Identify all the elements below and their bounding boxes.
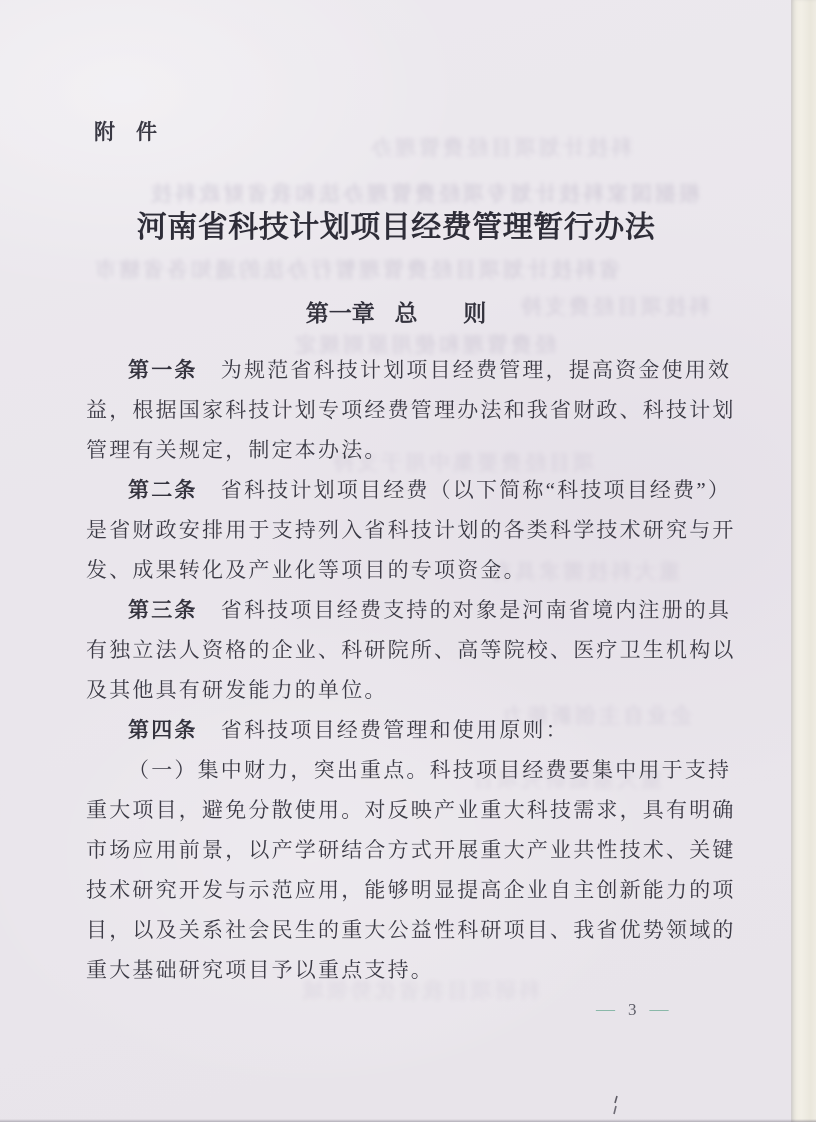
body-line-text: 益，根据国家科技计划专项经费管理办法和我省财政、科技计划 (86, 398, 736, 422)
page-number-dash: — (650, 999, 669, 1021)
body-line-text: 发、成果转化及产业化等项目的专项资金。 (86, 558, 527, 582)
ink-scratch-mark (611, 1095, 620, 1120)
body-line: 第四条 省科技项目经费管理和使用原则： (86, 710, 742, 750)
body-line-text: 技术研究开发与示范应用，能够明显提高企业自主创新能力的项 (86, 878, 736, 902)
chapter-title-char: 总 (395, 301, 418, 326)
body-line-text: （一）集中财力，突出重点。科技项目经费要集中用于支持 (128, 758, 731, 782)
body-line-text: 是省财政安排用于支持列入省科技计划的各类科学技术研究与开 (86, 518, 736, 542)
body-line-text: 重大基础研究项目予以重点支持。 (86, 958, 434, 982)
body-line: 第二条 省科技计划项目经费（以下简称“科技项目经费”） (86, 470, 742, 510)
body-line: 技术研究开发与示范应用，能够明显提高企业自主创新能力的项 (86, 870, 742, 910)
article-number: 第三条 (128, 598, 198, 622)
body-line-text: 管理有关规定，制定本办法。 (86, 438, 388, 462)
bleed-through-text: 科技计划项目经费管理办 (368, 132, 632, 162)
body-line: 是省财政安排用于支持列入省科技计划的各类科学技术研究与开 (86, 510, 742, 550)
body-line-text: 省科技计划项目经费（以下简称“科技项目经费”） (198, 478, 731, 502)
body-line-text: 目，以及关系社会民生的重大公益性科研项目、我省优势领域的 (86, 918, 736, 942)
body-line: 及其他具有研发能力的单位。 (86, 670, 742, 710)
bleed-through-text: 省科技计划项目经费管理暂行办法的通知各省辖市 (92, 254, 620, 284)
body-line-text: 省科技项目经费支持的对象是河南省境内注册的具 (198, 598, 732, 622)
body-line: 市场应用前景，以产学研结合方式开展重大产业共性技术、关键 (86, 830, 742, 870)
article-number: 第一条 (128, 358, 198, 382)
body-line-text: 为规范省科技计划项目经费管理，提高资金使用效 (198, 358, 732, 382)
article-number: 第四条 (128, 718, 198, 742)
attachment-label: 附 件 (94, 116, 157, 146)
page-number-value: 3 (628, 999, 637, 1021)
body-line-text: 及其他具有研发能力的单位。 (86, 678, 388, 702)
body-line: 第一条 为规范省科技计划项目经费管理，提高资金使用效 (86, 350, 742, 390)
document-body: 第一条 为规范省科技计划项目经费管理，提高资金使用效 益，根据国家科技计划专项经… (86, 350, 742, 990)
body-line-text: 市场应用前景，以产学研结合方式开展重大产业共性技术、关键 (86, 838, 736, 862)
body-line: 目，以及关系社会民生的重大公益性科研项目、我省优势领域的 (86, 910, 742, 950)
body-line: 重大基础研究项目予以重点支持。 (86, 950, 742, 990)
body-line: 益，根据国家科技计划专项经费管理办法和我省财政、科技计划 (86, 390, 742, 430)
body-line: 第三条 省科技项目经费支持的对象是河南省境内注册的具 (86, 590, 742, 630)
body-line: 重大项目，避免分散使用。对反映产业重大科技需求，具有明确 (86, 790, 742, 830)
article-number: 第二条 (128, 478, 198, 502)
chapter-heading: 第一章 总 则 (0, 295, 792, 328)
page-number: — 3 — (596, 999, 669, 1021)
body-line: 发、成果转化及产业化等项目的专项资金。 (86, 550, 742, 590)
body-line: 管理有关规定，制定本办法。 (86, 430, 742, 470)
document-title: 河南省科技计划项目经费管理暂行办法 (0, 202, 792, 246)
body-line-text: 省科技项目经费管理和使用原则： (198, 718, 569, 742)
body-line-text: 有独立法人资格的企业、科研院所、高等院校、医疗卫生机构以 (86, 638, 736, 662)
page-number-dash: — (596, 999, 615, 1021)
body-line: （一）集中财力，突出重点。科技项目经费要集中用于支持 (86, 750, 742, 790)
scanned-page-edge (791, 0, 816, 1122)
scanned-document-page: 科技计划项目经费管理办 根据国家科技计划专项经费管理办法和我省财政科技 省科技计… (0, 0, 816, 1122)
chapter-number: 第一章 (306, 301, 375, 326)
body-line: 有独立法人资格的企业、科研院所、高等院校、医疗卫生机构以 (86, 630, 742, 670)
chapter-title-char: 则 (463, 301, 486, 326)
body-line-text: 重大项目，避免分散使用。对反映产业重大科技需求，具有明确 (86, 798, 736, 822)
